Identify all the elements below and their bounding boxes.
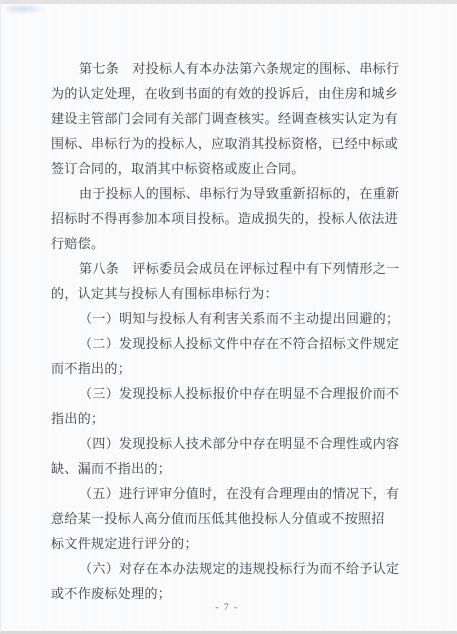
text-line: （四）发现投标人技术部分中存在明显不合理性或内容	[51, 431, 403, 456]
paragraph: （三）发现投标人投标报价中存在明显不合理报价而不指出的；	[51, 381, 403, 431]
page-number: - 7 -	[51, 600, 403, 616]
paragraph: （六）对存在本办法规定的违规投标行为而不给予认定或不作废标处理的；	[51, 556, 403, 606]
text-line: 为的认定处理，在收到书面的有效的投诉后，由住房和城乡	[51, 81, 403, 106]
text-line: 的，认定其与投标人有围标串标行为：	[51, 281, 403, 306]
text-line: （二）发现投标人投标文件中存在不符合招标文件规定	[51, 331, 403, 356]
paragraph: 由于投标人的围标、串标行为导致重新招标的，在重新招标时不得再参加本项目投标。造成…	[51, 181, 403, 256]
scan-smudge	[6, 4, 46, 14]
paragraph: （二）发现投标人投标文件中存在不符合招标文件规定而不指出的；	[51, 331, 403, 381]
text-line: （一）明知与投标人有利害关系而不主动提出回避的；	[51, 306, 403, 331]
text-line: 指出的；	[51, 406, 403, 431]
text-line: 第七条 对投标人有本办法第六条规定的围标、串标行	[51, 56, 403, 81]
text-line: 缺、漏而不指出的；	[51, 456, 403, 481]
paragraph: （四）发现投标人技术部分中存在明显不合理性或内容缺、漏而不指出的；	[51, 431, 403, 481]
paragraph: 第八条 评标委员会成员在评标过程中有下列情形之一的，认定其与投标人有围标串标行为…	[51, 256, 403, 306]
paragraph: （五）进行评审分值时，在没有合理理由的情况下，有意给某一投标人高分值而压低其他投…	[51, 481, 403, 556]
text-line: 建设主管部门会同有关部门调查核实。经调查核实认定为有	[51, 106, 403, 131]
paragraph: （一）明知与投标人有利害关系而不主动提出回避的；	[51, 306, 403, 331]
document-body: 第七条 对投标人有本办法第六条规定的围标、串标行为的认定处理，在收到书面的有效的…	[51, 56, 403, 606]
text-line: （六）对存在本办法规定的违规投标行为而不给予认定	[51, 556, 403, 581]
scanned-document-page: 第七条 对投标人有本办法第六条规定的围标、串标行为的认定处理，在收到书面的有效的…	[0, 0, 457, 634]
text-line: 签订合同的，取消其中标资格或废止合同。	[51, 156, 403, 181]
text-line: 标文件规定进行评分的；	[51, 531, 403, 556]
text-line: 行赔偿。	[51, 231, 403, 256]
text-line: （五）进行评审分值时，在没有合理理由的情况下，有	[51, 481, 403, 506]
text-line: 围标、串标行为的投标人，应取消其投标资格，已经中标或	[51, 131, 403, 156]
text-line: 而不指出的；	[51, 356, 403, 381]
text-line: 第八条 评标委员会成员在评标过程中有下列情形之一	[51, 256, 403, 281]
paragraph: 第七条 对投标人有本办法第六条规定的围标、串标行为的认定处理，在收到书面的有效的…	[51, 56, 403, 181]
text-line: 由于投标人的围标、串标行为导致重新招标的，在重新	[51, 181, 403, 206]
text-line: 招标时不得再参加本项目投标。造成损失的，投标人依法进	[51, 206, 403, 231]
text-line: 意给某一投标人高分值而压低其他投标人分值或不按照招	[51, 506, 403, 531]
text-line: （三）发现投标人投标报价中存在明显不合理报价而不	[51, 381, 403, 406]
